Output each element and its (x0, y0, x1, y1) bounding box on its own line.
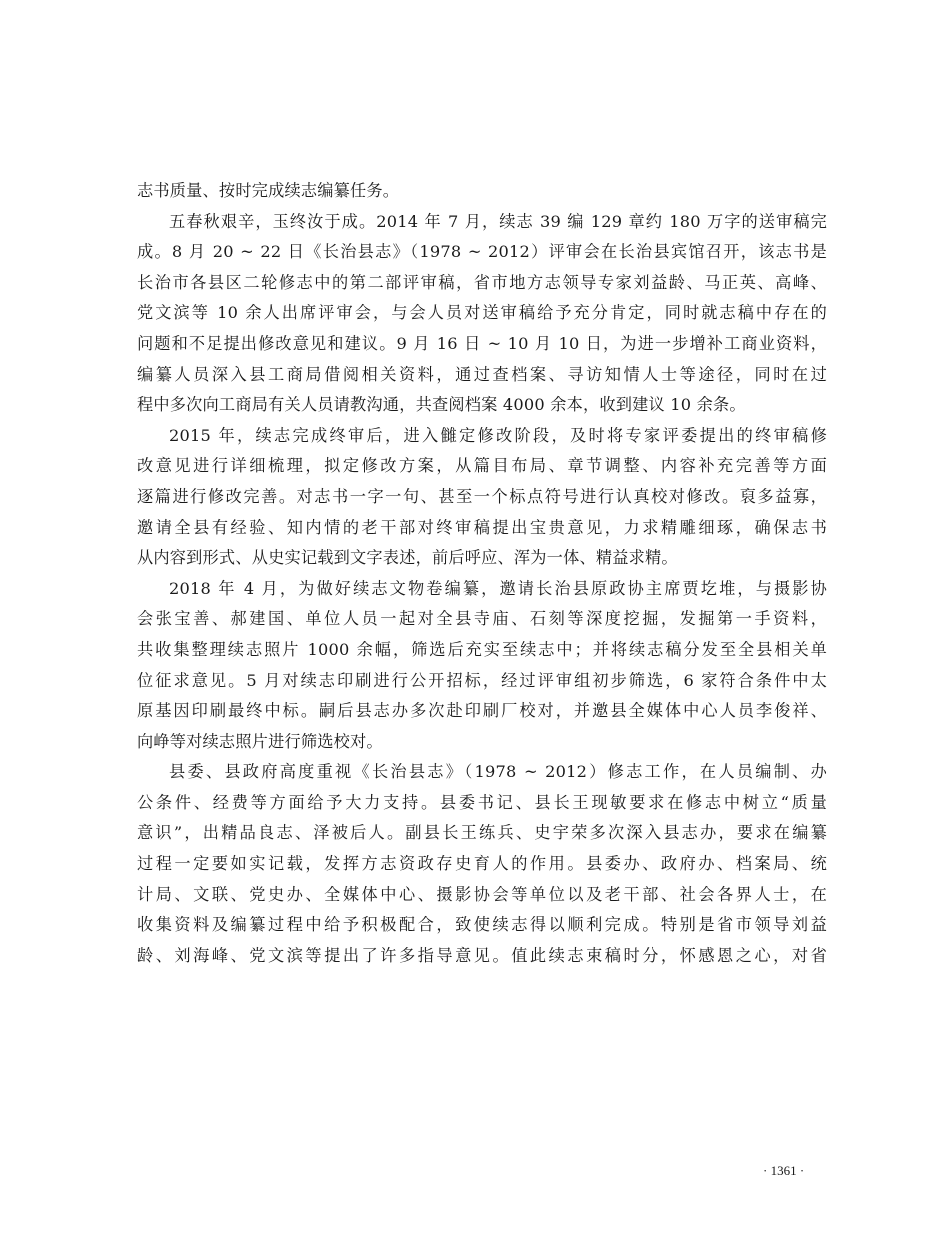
text-line: 向峥等对续志照片进行筛选校对。 (137, 727, 827, 758)
text-line: 党文滨等 10 余人出席评审会，与会人员对送审稿给予充分肯定，同时就志稿中存在的 (137, 298, 827, 329)
paragraph-first-line: 2015 年，续志完成终审后，进入雠定修改阶段，及时将专家评委提出的终审稿修 (137, 421, 827, 452)
text-line: 邀请全县有经验、知内情的老干部对终审稿提出宝贵意见，力求精雕细琢，确保志书 (137, 513, 827, 544)
paragraph-first-line: 2018 年 4 月，为做好续志文物卷编纂，邀请长治县原政协主席贾圪堆，与摄影协 (137, 574, 827, 605)
body-text: 志书质量、按时完成续志编纂任务。 五春秋艰辛，玉终汝于成。2014 年 7 月，… (137, 176, 827, 971)
text-line: 成。8 月 20 ~ 22 日《长治县志》（1978 ~ 2012）评审会在长治… (137, 237, 827, 268)
text-line: 志书质量、按时完成续志编纂任务。 (137, 176, 827, 207)
paragraph-first-line: 县委、县政府高度重视《长治县志》（1978 ~ 2012）修志工作，在人员编制、… (137, 757, 827, 788)
text-line: 程中多次向工商局有关人员请教沟通，共查阅档案 4000 余本，收到建议 10 余… (137, 390, 827, 421)
text-line: 改意见进行详细梳理，拟定修改方案，从篇目布局、章节调整、内容补充完善等方面 (137, 451, 827, 482)
text-line: 位征求意见。5 月对续志印刷进行公开招标，经过评审组初步筛选，6 家符合条件中太 (137, 666, 827, 697)
text-line: 意识”，出精品良志、泽被后人。副县长王练兵、史宇荣多次深入县志办，要求在编纂 (137, 818, 827, 849)
text-line: 从内容到形式、从史实记载到文字表述，前后呼应、浑为一体、精益求精。 (137, 543, 827, 574)
paragraph-first-line: 五春秋艰辛，玉终汝于成。2014 年 7 月，续志 39 编 129 章约 18… (137, 207, 827, 238)
text-line: 共收集整理续志照片 1000 余幅，筛选后充实至续志中；并将续志稿分发至全县相关… (137, 635, 827, 666)
text-line: 问题和不足提出修改意见和建议。9 月 16 日 ~ 10 月 10 日，为进一步… (137, 329, 827, 360)
text-line: 逐篇进行修改完善。对志书一字一句、甚至一个标点符号进行认真校对修改。裒多益寡， (137, 482, 827, 513)
text-line: 公条件、经费等方面给予大力支持。县委书记、县长王现敏要求在修志中树立“质量 (137, 788, 827, 819)
text-line: 过程一定要如实记载，发挥方志资政存史育人的作用。县委办、政府办、档案局、统 (137, 849, 827, 880)
text-line: 龄、刘海峰、党文滨等提出了许多指导意见。值此续志束稿时分，怀感恩之心，对省 (137, 941, 827, 972)
document-page: 志书质量、按时完成续志编纂任务。 五春秋艰辛，玉终汝于成。2014 年 7 月，… (0, 0, 931, 1253)
page-number: · 1361 · (763, 1163, 804, 1179)
text-line: 编纂人员深入县工商局借阅相关资料，通过查档案、寻访知情人士等途径，同时在过 (137, 360, 827, 391)
text-line: 计局、文联、党史办、全媒体中心、摄影协会等单位以及老干部、社会各界人士，在 (137, 880, 827, 911)
text-line: 长治市各县区二轮修志中的第二部评审稿，省市地方志领导专家刘益龄、马正英、高峰、 (137, 268, 827, 299)
text-line: 原基因印刷最终中标。嗣后县志办多次赴印刷厂校对，并邀县全媒体中心人员李俊祥、 (137, 696, 827, 727)
text-line: 收集资料及编纂过程中给予积极配合，致使续志得以顺利完成。特别是省市领导刘益 (137, 910, 827, 941)
text-line: 会张宝善、郝建国、单位人员一起对全县寺庙、石刻等深度挖掘，发掘第一手资料， (137, 604, 827, 635)
